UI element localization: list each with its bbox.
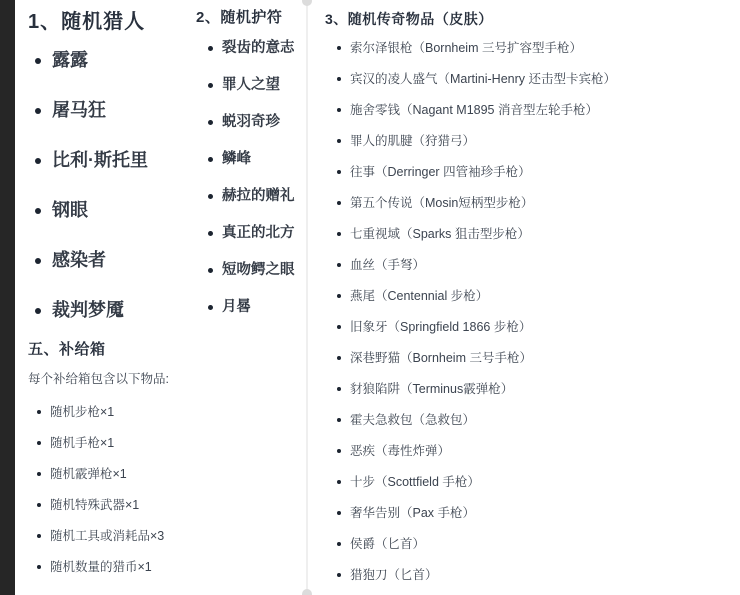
hunter-name: 裁判梦魇 — [52, 298, 124, 323]
list-item: 往事（Derringer 四管袖珍手枪） — [337, 163, 735, 181]
section-title-random-hunters: 1、随机猎人 — [28, 8, 193, 36]
list-item: 随机霰弹枪×1 — [37, 465, 218, 483]
list-item: 裂齿的意志 — [208, 38, 314, 58]
bullet-icon — [337, 294, 341, 298]
list-item: 裁判梦魇 — [35, 298, 193, 323]
legendary-item-name: 往事（Derringer 四管袖珍手枪） — [350, 163, 531, 181]
legendary-item-name: 施舍零钱（Nagant M1895 消音型左轮手枪） — [350, 101, 598, 119]
list-item: 比利·斯托里 — [35, 148, 193, 173]
legendary-item-name: 奢华告别（Pax 手枪） — [350, 504, 475, 522]
scrollbar-track[interactable] — [306, 0, 308, 595]
list-item: 露露 — [35, 48, 193, 73]
bullet-icon — [337, 542, 341, 546]
section-random-hunters: 1、随机猎人 露露 屠马狂 比利·斯托里 — [28, 8, 193, 348]
supply-item-name: 随机特殊武器×1 — [50, 496, 139, 514]
charm-name: 月晷 — [222, 297, 251, 317]
bullet-icon — [37, 503, 41, 507]
list-item: 燕尾（Centennial 步枪） — [337, 287, 735, 305]
list-item: 宾汉的凌人盛气（Martini-Henry 还击型卡宾枪） — [337, 70, 735, 88]
bullet-icon — [208, 231, 213, 236]
list-item: 猎狍刀（匕首） — [337, 566, 735, 584]
scrollbar-bottom-cap — [302, 589, 312, 595]
bullet-icon — [37, 472, 41, 476]
legendary-item-name: 第五个传说（Mosin短柄型步枪） — [350, 194, 533, 212]
bullet-icon — [337, 232, 341, 236]
bullet-icon — [208, 46, 213, 51]
bullet-icon — [337, 46, 341, 50]
bullet-icon — [35, 58, 41, 64]
bullet-icon — [35, 208, 41, 214]
list-item: 施舍零钱（Nagant M1895 消音型左轮手枪） — [337, 101, 735, 119]
bullet-icon — [337, 201, 341, 205]
section-random-legendary-skins: 3、随机传奇物品（皮肤） 索尔泽银枪（Bornheim 三号扩容型手枪） 宾汉的… — [325, 10, 735, 595]
supply-item-name: 随机霰弹枪×1 — [50, 465, 127, 483]
hunter-name: 感染者 — [52, 248, 106, 273]
supply-crate-intro: 每个补给箱包含以下物品: — [28, 371, 218, 388]
window-edge-bar — [0, 0, 15, 595]
list-item: 短吻鳄之眼 — [208, 260, 314, 280]
vertical-scrollbar[interactable] — [304, 0, 310, 595]
bullet-icon — [337, 77, 341, 81]
bullet-icon — [337, 511, 341, 515]
bullet-icon — [208, 305, 213, 310]
bullet-icon — [35, 258, 41, 264]
list-item: 罪人之望 — [208, 75, 314, 95]
bullet-icon — [37, 534, 41, 538]
document-page: 1、随机猎人 露露 屠马狂 比利·斯托里 — [0, 0, 740, 595]
legendary-item-name: 猎狍刀（匕首） — [350, 566, 438, 584]
list-item: 感染者 — [35, 248, 193, 273]
scrollbar-top-cap — [302, 0, 312, 6]
bullet-icon — [208, 194, 213, 199]
charm-name: 裂齿的意志 — [222, 38, 295, 58]
legendary-item-name: 索尔泽银枪（Bornheim 三号扩容型手枪） — [350, 39, 582, 57]
charm-name: 鳞峰 — [222, 149, 251, 169]
bullet-icon — [208, 157, 213, 162]
list-item: 月晷 — [208, 297, 314, 317]
list-item: 真正的北方 — [208, 223, 314, 243]
list-item: 钢眼 — [35, 198, 193, 223]
list-item: 侯爵（匕首） — [337, 535, 735, 553]
hunter-name: 钢眼 — [52, 198, 88, 223]
list-item: 血丝（手弩） — [337, 256, 735, 274]
supply-item-name: 随机数量的猎币×1 — [50, 558, 152, 576]
charm-name: 短吻鳄之眼 — [222, 260, 295, 280]
charm-name: 罪人之望 — [222, 75, 280, 95]
legendary-item-name: 霍夫急救包（急救包） — [350, 411, 475, 429]
bullet-icon — [37, 565, 41, 569]
section-title-random-charms: 2、随机护符 — [196, 8, 314, 28]
list-item: 霍夫急救包（急救包） — [337, 411, 735, 429]
list-item: 豺狼陷阱（Terminus霰弹枪） — [337, 380, 735, 398]
legendary-item-name: 宾汉的凌人盛气（Martini-Henry 还击型卡宾枪） — [350, 70, 616, 88]
supply-item-name: 随机步枪×1 — [50, 403, 114, 421]
section-title-supply-crate: 五、补给箱 — [28, 340, 218, 360]
bullet-icon — [337, 480, 341, 484]
bullet-icon — [337, 356, 341, 360]
charm-name: 蜕羽奇珍 — [222, 112, 280, 132]
hunters-list: 露露 屠马狂 比利·斯托里 钢眼 — [28, 48, 193, 323]
list-item: 随机工具或消耗品×3 — [37, 527, 218, 545]
list-item: 赫拉的赠礼 — [208, 186, 314, 206]
legendary-item-name: 七重视域（Sparks 狙击型步枪） — [350, 225, 530, 243]
legendary-item-name: 十步（Scottfield 手枪） — [350, 473, 480, 491]
bullet-icon — [337, 449, 341, 453]
list-item: 第五个传说（Mosin短柄型步枪） — [337, 194, 735, 212]
bullet-icon — [37, 441, 41, 445]
bullet-icon — [337, 170, 341, 174]
list-item: 屠马狂 — [35, 98, 193, 123]
hunter-name: 屠马狂 — [52, 98, 106, 123]
list-item: 蜕羽奇珍 — [208, 112, 314, 132]
legendary-item-name: 血丝（手弩） — [350, 256, 425, 274]
supply-item-name: 随机工具或消耗品×3 — [50, 527, 164, 545]
legendary-item-name: 燕尾（Centennial 步枪） — [350, 287, 488, 305]
bullet-icon — [35, 308, 41, 314]
legendary-item-name: 恶疾（毒性炸弹） — [350, 442, 450, 460]
bullet-icon — [35, 158, 41, 164]
list-item: 深巷野猫（Bornheim 三号手枪） — [337, 349, 735, 367]
bullet-icon — [337, 263, 341, 267]
legendary-item-name: 旧象牙（Springfield 1866 步枪） — [350, 318, 531, 336]
bullet-icon — [208, 120, 213, 125]
charms-list: 裂齿的意志 罪人之望 蜕羽奇珍 鳞峰 — [196, 38, 314, 317]
list-item: 随机数量的猎币×1 — [37, 558, 218, 576]
bullet-icon — [208, 268, 213, 273]
legendary-list: 索尔泽银枪（Bornheim 三号扩容型手枪） 宾汉的凌人盛气（Martini-… — [325, 39, 735, 584]
hunter-name: 露露 — [52, 48, 88, 73]
bullet-icon — [337, 387, 341, 391]
section-title-random-legendary-skins: 3、随机传奇物品（皮肤） — [325, 10, 735, 29]
bullet-icon — [208, 83, 213, 88]
list-item: 旧象牙（Springfield 1866 步枪） — [337, 318, 735, 336]
bullet-icon — [337, 325, 341, 329]
list-item: 索尔泽银枪（Bornheim 三号扩容型手枪） — [337, 39, 735, 57]
section-random-charms: 2、随机护符 裂齿的意志 罪人之望 蜕羽奇珍 — [196, 8, 314, 334]
bullet-icon — [337, 139, 341, 143]
supply-item-name: 随机手枪×1 — [50, 434, 114, 452]
list-item: 罪人的肌腱（狩猎弓） — [337, 132, 735, 150]
bullet-icon — [37, 410, 41, 414]
list-item: 随机手枪×1 — [37, 434, 218, 452]
bullet-icon — [337, 418, 341, 422]
hunter-name: 比利·斯托里 — [52, 148, 148, 173]
list-item: 恶疾（毒性炸弹） — [337, 442, 735, 460]
bullet-icon — [337, 108, 341, 112]
charm-name: 真正的北方 — [222, 223, 295, 243]
legendary-item-name: 侯爵（匕首） — [350, 535, 425, 553]
list-item: 七重视域（Sparks 狙击型步枪） — [337, 225, 735, 243]
list-item: 鳞峰 — [208, 149, 314, 169]
list-item: 随机步枪×1 — [37, 403, 218, 421]
list-item: 十步（Scottfield 手枪） — [337, 473, 735, 491]
legendary-item-name: 罪人的肌腱（狩猎弓） — [350, 132, 475, 150]
legendary-item-name: 深巷野猫（Bornheim 三号手枪） — [350, 349, 532, 367]
bullet-icon — [35, 108, 41, 114]
section-supply-crate: 五、补给箱 每个补给箱包含以下物品: 随机步枪×1 随机手枪×1 随机霰弹枪×1 — [28, 340, 218, 589]
bullet-icon — [337, 573, 341, 577]
supply-list: 随机步枪×1 随机手枪×1 随机霰弹枪×1 随机特殊武器×1 — [28, 403, 218, 576]
charm-name: 赫拉的赠礼 — [222, 186, 295, 206]
list-item: 奢华告别（Pax 手枪） — [337, 504, 735, 522]
legendary-item-name: 豺狼陷阱（Terminus霰弹枪） — [350, 380, 513, 398]
list-item: 随机特殊武器×1 — [37, 496, 218, 514]
